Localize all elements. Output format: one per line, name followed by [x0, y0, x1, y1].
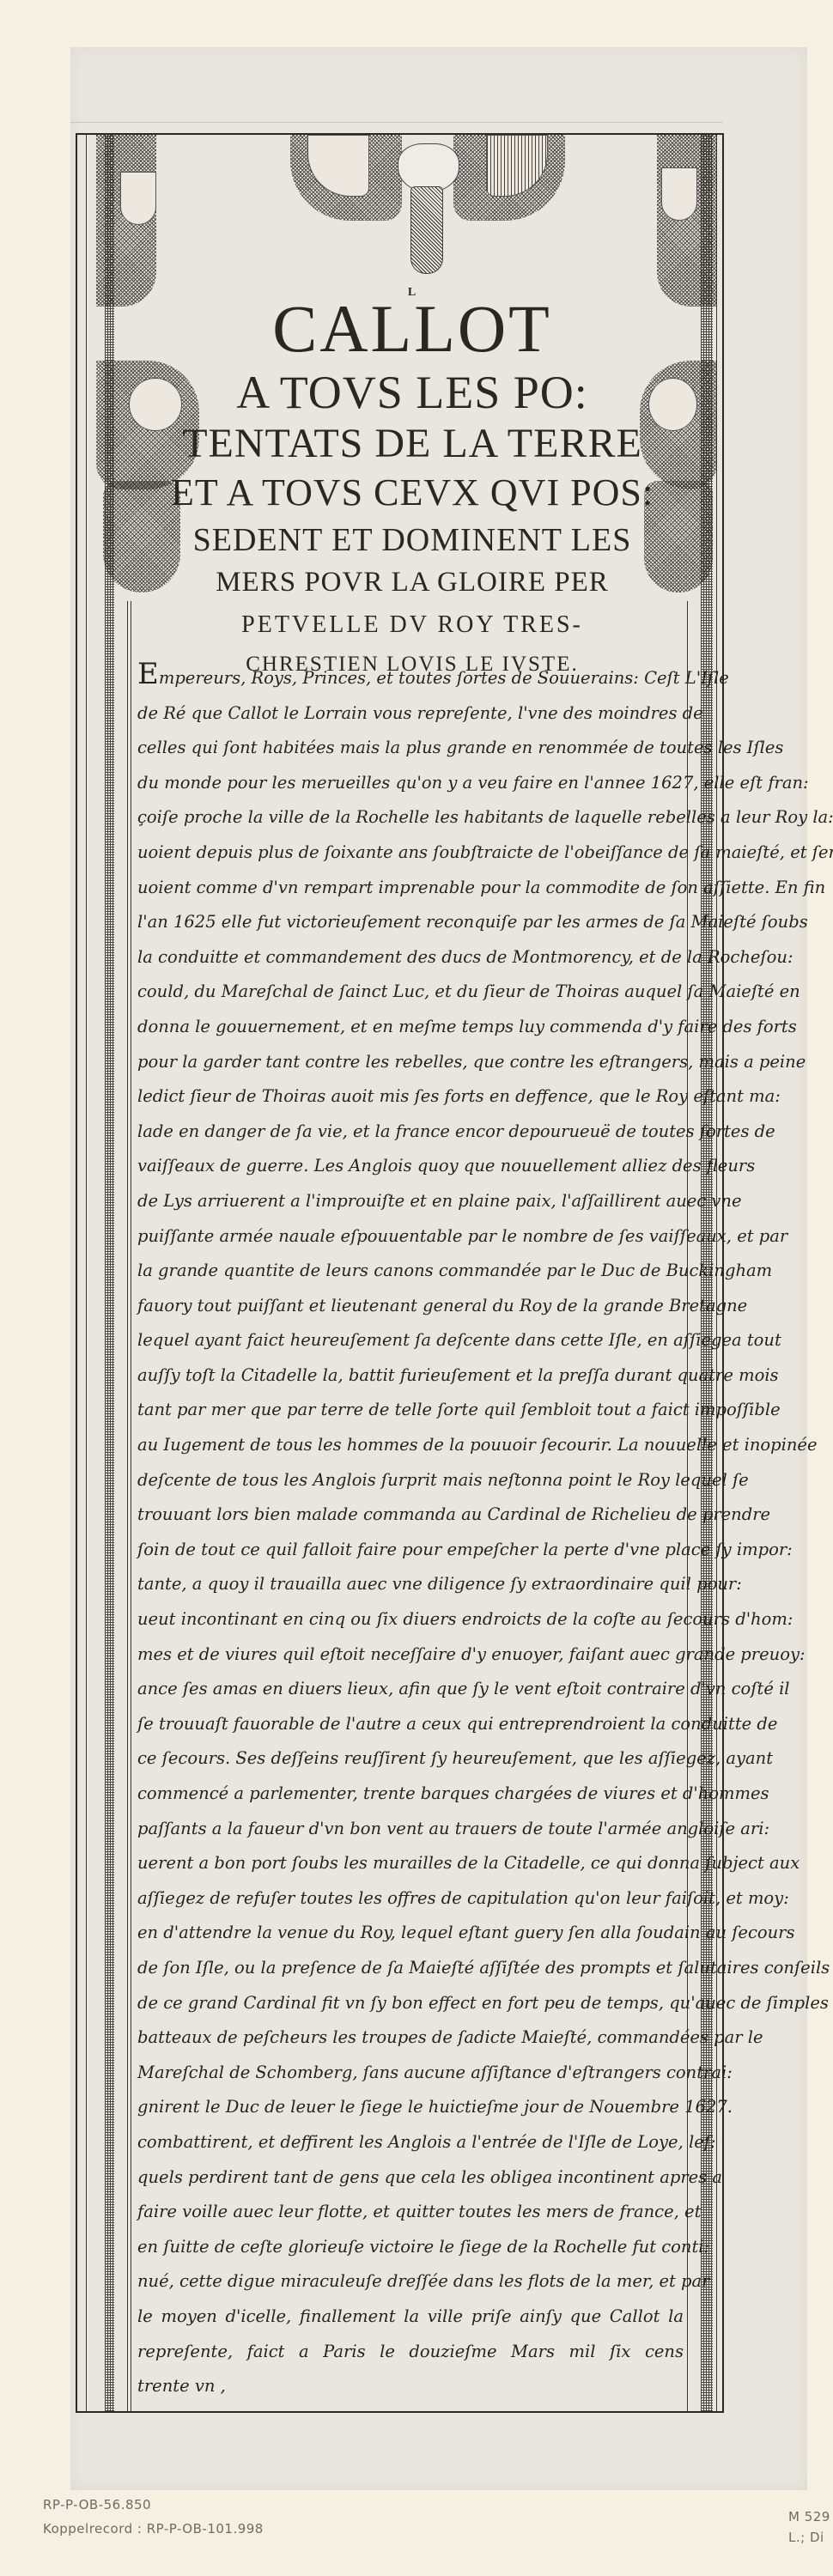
body-line-text: du monde pour les merueilles qu'on y a v… — [137, 773, 809, 793]
body-line: celles qui ſont habitées mais la plus gr… — [137, 731, 684, 766]
body-line: mes et de viures quil eſtoit neceſſaire … — [137, 1637, 684, 1673]
body-line-text: l'an 1625 elle fut victorieuſement recon… — [137, 912, 808, 932]
body-line: ance ſes amas en diuers lieux, afin que … — [137, 1672, 684, 1707]
frame-inner-line-left — [86, 135, 87, 2411]
body-line-text: de Ré que Callot le Lorrain vous repreſe… — [137, 703, 703, 723]
title-line-6: MERS POVR LA GLOIRE PER — [137, 567, 687, 598]
body-line: en d'attendre la venue du Roy, lequel eſ… — [137, 1916, 684, 1951]
body-line: çoiſe proche la ville de la Rochelle les… — [137, 800, 684, 835]
body-line-text: trouuant lors bien malade commanda au Ca… — [137, 1504, 770, 1524]
body-line-text: vaiſſeaux de guerre. Les Anglois quoy qu… — [137, 1156, 755, 1176]
body-line: de Lys arriuerent a l'improuiſte et en p… — [137, 1184, 684, 1219]
body-line-text: ſe trouuaſt fauorable de l'autre a ceux … — [137, 1714, 777, 1734]
annotation-right-2: L.; Di — [788, 2530, 824, 2545]
body-line: quels perdirent tant de gens que cela le… — [137, 2160, 684, 2196]
body-line: ueut incontinant en cinq ou ſix diuers e… — [137, 1602, 684, 1637]
body-line-text: nué, cette digue miraculeuſe dreſſée dan… — [137, 2271, 709, 2291]
body-line-text: pour la garder tant contre les rebelles,… — [137, 1052, 806, 1072]
body-line-text: paſſants a la faueur d'vn bon vent au tr… — [137, 1819, 769, 1838]
body-line-text: le moyen d'icelle, finallement la ville … — [137, 2306, 684, 2326]
drop-cap: E — [137, 657, 159, 691]
body-line: combattirent, et deffirent les Anglois a… — [137, 2125, 684, 2160]
body-line-text: de ſon Iſle, ou la preſence de ſa Maieſt… — [137, 1958, 830, 1978]
body-line-text: celles qui ſont habitées mais la plus gr… — [137, 738, 783, 757]
body-line: uoient comme d'vn rempart imprenable pou… — [137, 871, 684, 906]
body-line: aſſiegez de refuſer toutes les offres de… — [137, 1881, 684, 1917]
body-line-text: au Iugement de tous les hommes de la pou… — [137, 1435, 818, 1455]
body-line: uerent a bon port ſoubs les murailles de… — [137, 1846, 684, 1881]
body-line: faire voille auec leur flotte, et quitte… — [137, 2195, 684, 2230]
body-line-text: tante, a quoy il trauailla auec vne dili… — [137, 1574, 742, 1594]
body-line-text: puiſſante armée nauale eſpouuentable par… — [137, 1226, 787, 1246]
body-line-text: mes et de viures quil eſtoit neceſſaire … — [137, 1644, 806, 1664]
body-line-text: deſcente de tous les Anglois ſurprit mai… — [137, 1470, 749, 1490]
body-line: puiſſante armée nauale eſpouuentable par… — [137, 1219, 684, 1255]
body-line-text: de Lys arriuerent a l'improuiſte et en p… — [137, 1191, 742, 1211]
body-line: ledict ſieur de Thoiras auoit mis ſes fo… — [137, 1079, 684, 1115]
body-line: fauory tout puiſſant et lieutenant gener… — [137, 1289, 684, 1324]
body-line-text: gnirent le Duc de leuer le ſiege le huic… — [137, 2097, 733, 2117]
body-line-text: repreſente, faict a Paris le douzieſme M… — [137, 2342, 684, 2361]
title-line-7: PETVELLE DV ROY TRES- — [137, 611, 687, 639]
body-line-text: uerent a bon port ſoubs les murailles de… — [137, 1853, 800, 1873]
frame-thin-line-left-a — [127, 601, 128, 2411]
body-line-text: combattirent, et deffirent les Anglois a… — [137, 2132, 716, 2152]
annotation-object-number: RP-P-OB-56.850 — [43, 2497, 151, 2512]
body-line-text: ſoin de tout ce quil falloit faire pour … — [137, 1540, 793, 1559]
body-line-text: la grande quantite de leurs canons comma… — [137, 1261, 772, 1280]
body-line-text: çoiſe proche la ville de la Rochelle les… — [137, 807, 833, 827]
body-line: lade en danger de ſa vie, et la france e… — [137, 1115, 684, 1150]
body-line: au Iugement de tous les hommes de la pou… — [137, 1428, 684, 1463]
body-line: batteaux de peſcheurs les troupes de ſad… — [137, 2020, 684, 2056]
body-line-text: ueut incontinant en cinq ou ſix diuers e… — [137, 1609, 793, 1629]
title-block: L CALLOT A TOVS LES PO: TENTATS DE LA TE… — [137, 0, 687, 687]
body-line-text: donna le gouuernement, et en meſme temps… — [137, 1017, 797, 1036]
body-line: ſoin de tout ce quil falloit faire pour … — [137, 1533, 684, 1568]
body-line: de Ré que Callot le Lorrain vous repreſe… — [137, 696, 684, 732]
body-line-text: la conduitte et commandement des ducs de… — [137, 947, 793, 967]
body-line-text: Mareſchal de Schomberg, ſans aucune aſſi… — [137, 2063, 733, 2082]
body-line: le moyen d'icelle, finallement la ville … — [137, 2300, 684, 2335]
body-line: trente vn , — [137, 2369, 684, 2404]
body-line-text: ledict ſieur de Thoiras auoit mis ſes fo… — [137, 1086, 781, 1106]
body-line-text: mpereurs, Roys, Princes, et toutes ſorte… — [159, 668, 729, 688]
body-line-text: batteaux de peſcheurs les troupes de ſad… — [137, 2027, 763, 2047]
body-line: tante, a quoy il trauailla auec vne dili… — [137, 1567, 684, 1602]
body-line: repreſente, faict a Paris le douzieſme M… — [137, 2335, 684, 2370]
title-line-1: CALLOT — [137, 290, 687, 368]
body-line: la conduitte et commandement des ducs de… — [137, 940, 684, 975]
body-text: Empereurs, Roys, Princes, et toutes ſort… — [137, 659, 684, 2404]
body-line: could, du Mareſchal de ſainct Luc, et du… — [137, 975, 684, 1010]
body-line: vaiſſeaux de guerre. Les Anglois quoy qu… — [137, 1149, 684, 1184]
body-line: donna le gouuernement, et en meſme temps… — [137, 1010, 684, 1045]
body-line-text: quels perdirent tant de gens que cela le… — [137, 2167, 722, 2187]
body-line: la grande quantite de leurs canons comma… — [137, 1254, 684, 1289]
body-line-text: auſſy toſt la Citadelle la, battit furie… — [137, 1365, 779, 1385]
body-line-text: lade en danger de ſa vie, et la france e… — [137, 1121, 775, 1141]
body-line-text: de ce grand Cardinal fit vn ſy bon effec… — [137, 1993, 829, 2013]
body-line-text: aſſiegez de refuſer toutes les offres de… — [137, 1888, 789, 1908]
body-line-text: fauory tout puiſſant et lieutenant gener… — [137, 1296, 747, 1315]
body-line-text: uoient depuis plus de ſoixante ans ſoubſ… — [137, 842, 833, 862]
body-line-text: en ſuitte de ceſte glorieuſe victoire le… — [137, 2237, 709, 2257]
body-line: Mareſchal de Schomberg, ſans aucune aſſi… — [137, 2056, 684, 2091]
title-line-2: A TOVS LES PO: — [137, 366, 687, 419]
body-line-text: could, du Mareſchal de ſainct Luc, et du… — [137, 981, 800, 1001]
body-line: de ce grand Cardinal fit vn ſy bon effec… — [137, 1986, 684, 2021]
frame-thin-line-left-b — [131, 601, 131, 2411]
body-line-text: tant par mer que par terre de telle ſort… — [137, 1400, 781, 1419]
body-line-text: en d'attendre la venue du Roy, lequel eſ… — [137, 1923, 795, 1942]
body-line: l'an 1625 elle fut victorieuſement recon… — [137, 905, 684, 940]
body-line-text: faire voille auec leur flotte, et quitte… — [137, 2202, 701, 2221]
body-line-text: commencé a parlementer, trente barques c… — [137, 1783, 769, 1803]
body-line: uoient depuis plus de ſoixante ans ſoubſ… — [137, 835, 684, 871]
body-line: lequel ayant faict heureuſement ſa deſce… — [137, 1323, 684, 1358]
body-line: gnirent le Duc de leuer le ſiege le huic… — [137, 2090, 684, 2125]
title-line-5: SEDENT ET DOMINENT LES — [137, 521, 687, 559]
title-line-3: TENTATS DE LA TERRE — [137, 420, 687, 467]
body-line: paſſants a la faueur d'vn bon vent au tr… — [137, 1812, 684, 1847]
body-line-text: uoient comme d'vn rempart imprenable pou… — [137, 878, 825, 897]
body-line: de ſon Iſle, ou la preſence de ſa Maieſt… — [137, 1951, 684, 1986]
annotation-koppelrecord: Koppelrecord : RP-P-OB-101.998 — [43, 2521, 264, 2537]
body-line: trouuant lors bien malade commanda au Ca… — [137, 1498, 684, 1533]
body-line: en ſuitte de ceſte glorieuſe victoire le… — [137, 2230, 684, 2265]
body-line: du monde pour les merueilles qu'on y a v… — [137, 766, 684, 801]
body-line: tant par mer que par terre de telle ſort… — [137, 1393, 684, 1428]
body-line: ce ſecours. Ses deſſeins reuſſirent ſy h… — [137, 1741, 684, 1777]
body-line-text: trente vn , — [137, 2376, 226, 2396]
body-line: pour la garder tant contre les rebelles,… — [137, 1045, 684, 1080]
body-line-text: ce ſecours. Ses deſſeins reuſſirent ſy h… — [137, 1748, 773, 1768]
body-line: auſſy toſt la Citadelle la, battit furie… — [137, 1358, 684, 1394]
body-line: deſcente de tous les Anglois ſurprit mai… — [137, 1463, 684, 1498]
annotation-right-1: M 529 — [788, 2509, 830, 2524]
title-line-4: ET A TOVS CEVX QVI POS: — [137, 471, 687, 514]
body-line: nué, cette digue miraculeuſe dreſſée dan… — [137, 2264, 684, 2300]
body-line-text: ance ſes amas en diuers lieux, afin que … — [137, 1679, 790, 1698]
body-line: ſe trouuaſt fauorable de l'autre a ceux … — [137, 1707, 684, 1742]
body-line-text: lequel ayant faict heureuſement ſa deſce… — [137, 1330, 781, 1350]
body-line: commencé a parlementer, trente barques c… — [137, 1777, 684, 1812]
body-line: Empereurs, Roys, Princes, et toutes ſort… — [137, 659, 684, 696]
